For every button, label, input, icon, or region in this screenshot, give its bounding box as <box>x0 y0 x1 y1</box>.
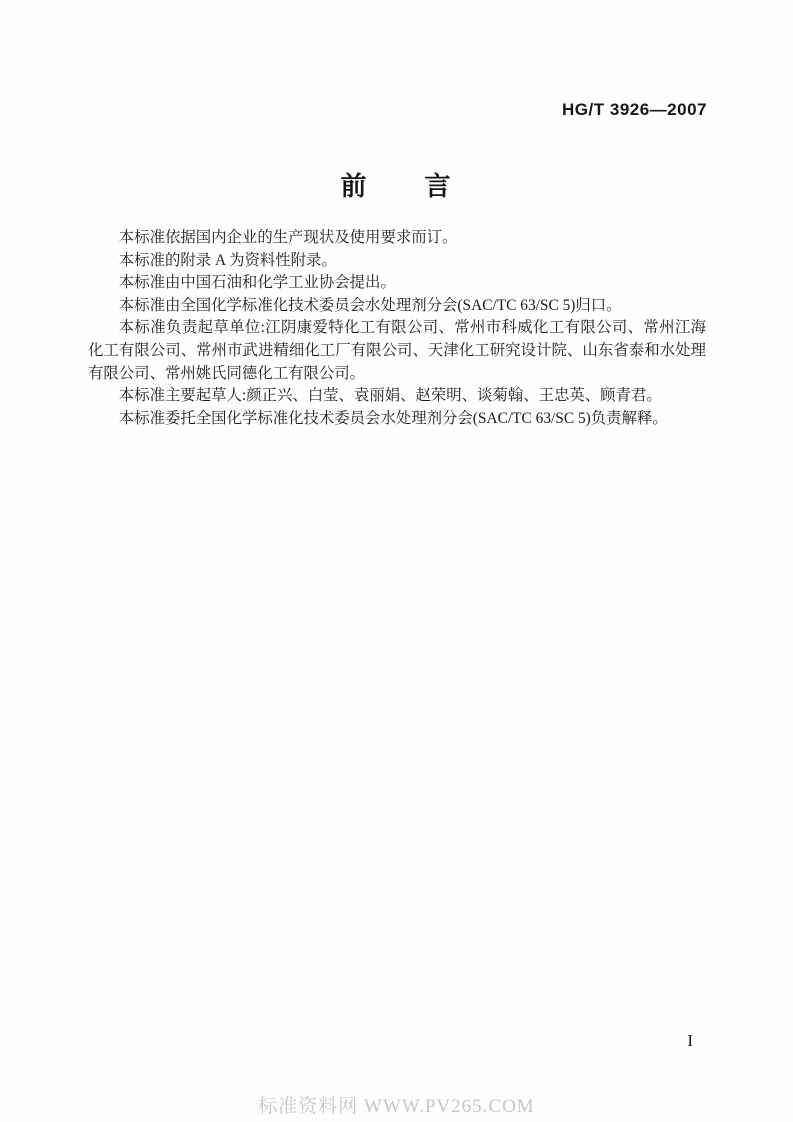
watermark: 标准资料网 WWW.PV265.COM <box>0 1091 793 1118</box>
paragraph: 本标准主要起草人:颜正兴、白莹、袁丽娟、赵荣明、谈菊翰、王忠英、顾青君。 <box>88 385 706 408</box>
paragraph: 本标准依据国内企业的生产现状及使用要求而订。 <box>88 227 706 250</box>
standard-number: HG/T 3926—2007 <box>562 100 707 120</box>
page-number: I <box>687 1031 693 1051</box>
paragraph: 本标准的附录 A 为资料性附录。 <box>88 250 706 273</box>
document-page: HG/T 3926—2007 前 言 本标准依据国内企业的生产现状及使用要求而订… <box>0 0 793 1122</box>
paragraph: 本标准委托全国化学标准化技术委员会水处理剂分会(SAC/TC 63/SC 5)负… <box>88 408 706 431</box>
paragraph: 本标准由中国石油和化学工业协会提出。 <box>88 272 706 295</box>
foreword-body: 本标准依据国内企业的生产现状及使用要求而订。 本标准的附录 A 为资料性附录。 … <box>88 227 706 430</box>
paragraph: 本标准由全国化学标准化技术委员会水处理剂分会(SAC/TC 63/SC 5)归口… <box>88 295 706 318</box>
paragraph: 本标准负责起草单位:江阴康爱特化工有限公司、常州市科威化工有限公司、常州江海化工… <box>88 317 706 385</box>
page-title: 前 言 <box>0 166 793 203</box>
